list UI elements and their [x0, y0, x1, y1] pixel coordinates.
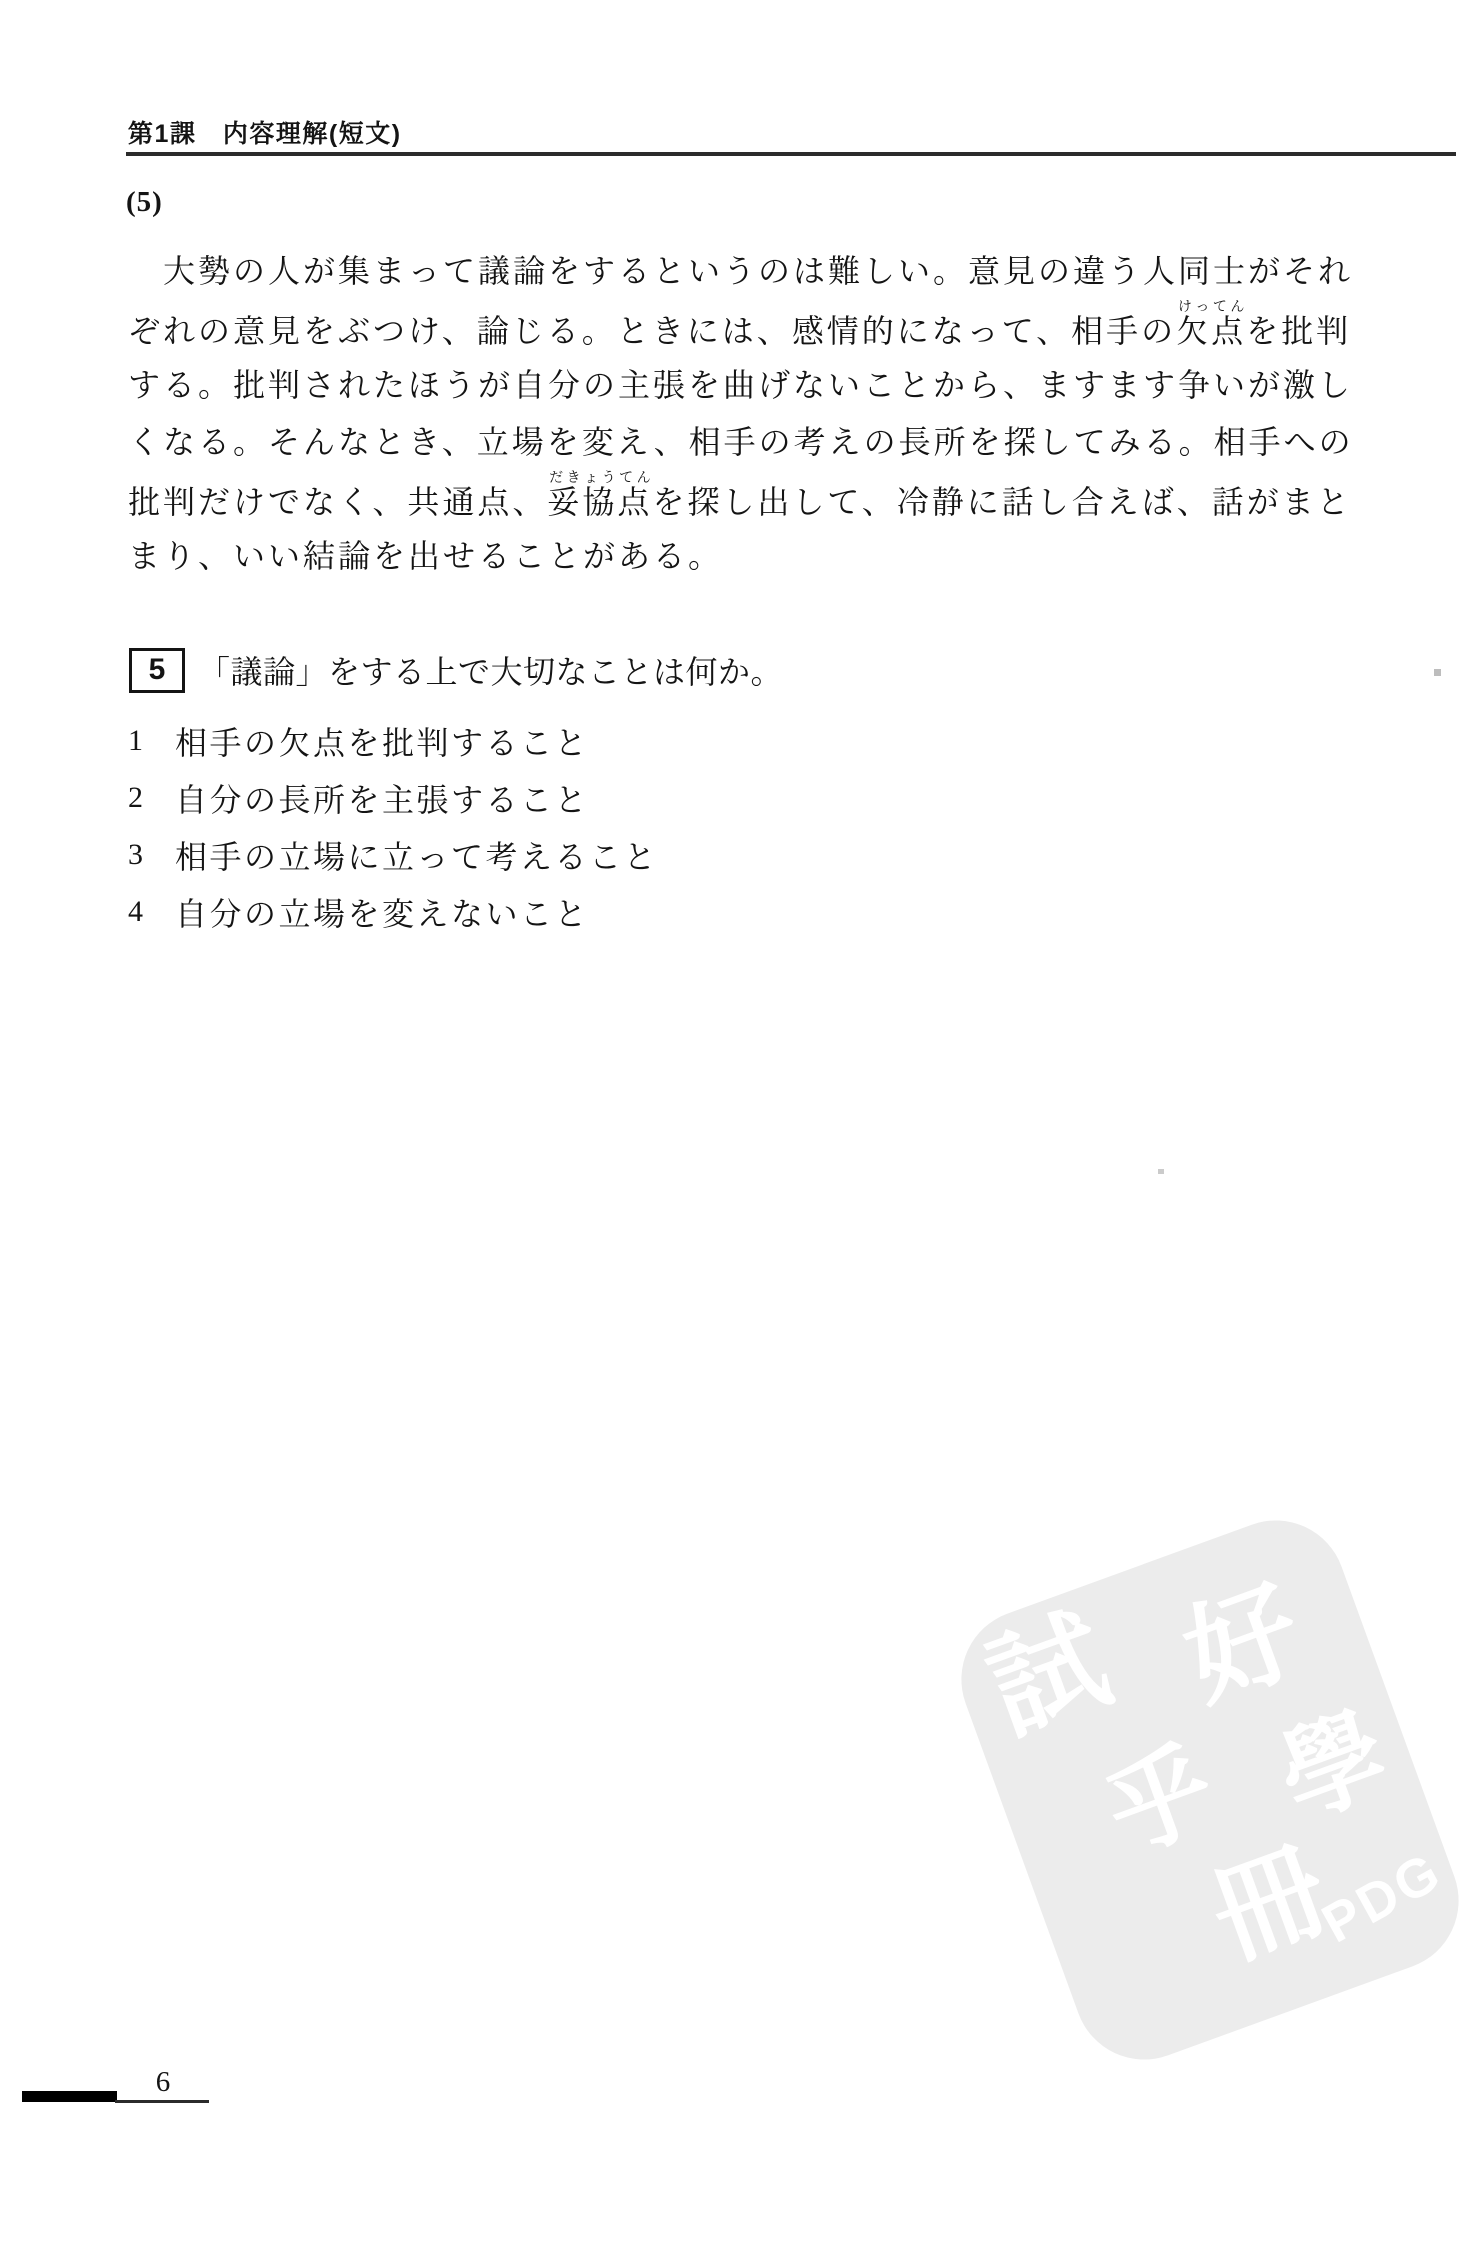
question-text: 「議論」をする上で大切なことは何か。 — [198, 647, 783, 693]
question-number-box: 5 — [129, 648, 185, 693]
option-text: 相手の立場に立って考えること — [175, 832, 658, 878]
options-list: 1相手の欠点を批判すること2自分の長所を主張すること3相手の立場に立って考えるこ… — [128, 712, 658, 940]
seal-script-glyph: 乎 — [1095, 1736, 1228, 1869]
seal-script-glyph: 學 — [1267, 1702, 1400, 1835]
option-row: 2自分の長所を主張すること — [128, 769, 658, 826]
footer-rule — [115, 2100, 209, 2103]
page-number: 6 — [146, 2066, 180, 2099]
seal-script-glyph: 試 — [975, 1602, 1122, 1749]
option-text: 自分の立場を変えないこと — [175, 889, 589, 935]
seal-script-glyph: 冊 — [1199, 1834, 1340, 1975]
option-text: 自分の長所を主張すること — [175, 775, 589, 821]
page-header-title: 第1課 内容理解(短文) — [128, 114, 402, 150]
option-number: 2 — [128, 781, 175, 815]
question-number: 5 — [149, 655, 166, 685]
passage-line: 批判だけでなく、共通点、妥協点だきょうてんを探し出して、冷静に話し合えば、話がま… — [128, 471, 1418, 528]
option-row: 1相手の欠点を批判すること — [128, 712, 658, 769]
furigana-ruby: 欠点けってん — [1176, 313, 1246, 349]
option-number: 3 — [128, 838, 175, 872]
passage: 大勢の人が集まって議論をするというのは難しい。意見の違う人同士がそれぞれの意見を… — [128, 243, 1418, 585]
passage-section-label: (5) — [126, 186, 163, 219]
passage-line: する。批判されたほうが自分の主張を曲げないことから、ますます争いが激し — [128, 357, 1418, 414]
option-number: 4 — [128, 895, 175, 929]
passage-line: くなる。そんなとき、立場を変え、相手の考えの長所を探してみる。相手への — [128, 414, 1418, 471]
footer-corner-bar — [22, 2091, 117, 2102]
passage-line: まり、いい結論を出せることがある。 — [128, 528, 1418, 585]
seal-script-glyph: 好 — [1172, 1574, 1316, 1718]
question-line: 5 「議論」をする上で大切なことは何か。 — [129, 645, 783, 695]
passage-line: 大勢の人が集まって議論をするというのは難しい。意見の違う人同士がそれ — [128, 243, 1418, 300]
watermark-seal: PDG 試好乎學冊 — [942, 1501, 1474, 2079]
scanned-document-page: 第1課 内容理解(短文) (5) 大勢の人が集まって議論をするというのは難しい。… — [0, 0, 1474, 2253]
option-number: 1 — [128, 724, 175, 758]
header-divider — [126, 152, 1456, 156]
passage-line: ぞれの意見をぶつけ、論じる。ときには、感情的になって、相手の欠点けってんを批判 — [128, 300, 1418, 357]
option-text: 相手の欠点を批判すること — [175, 718, 589, 764]
scan-noise-speck — [1434, 669, 1441, 676]
scan-noise-speck — [1158, 1169, 1164, 1174]
furigana-ruby: 妥協点だきょうてん — [547, 484, 652, 520]
option-row: 3相手の立場に立って考えること — [128, 826, 658, 883]
option-row: 4自分の立場を変えないこと — [128, 883, 658, 940]
